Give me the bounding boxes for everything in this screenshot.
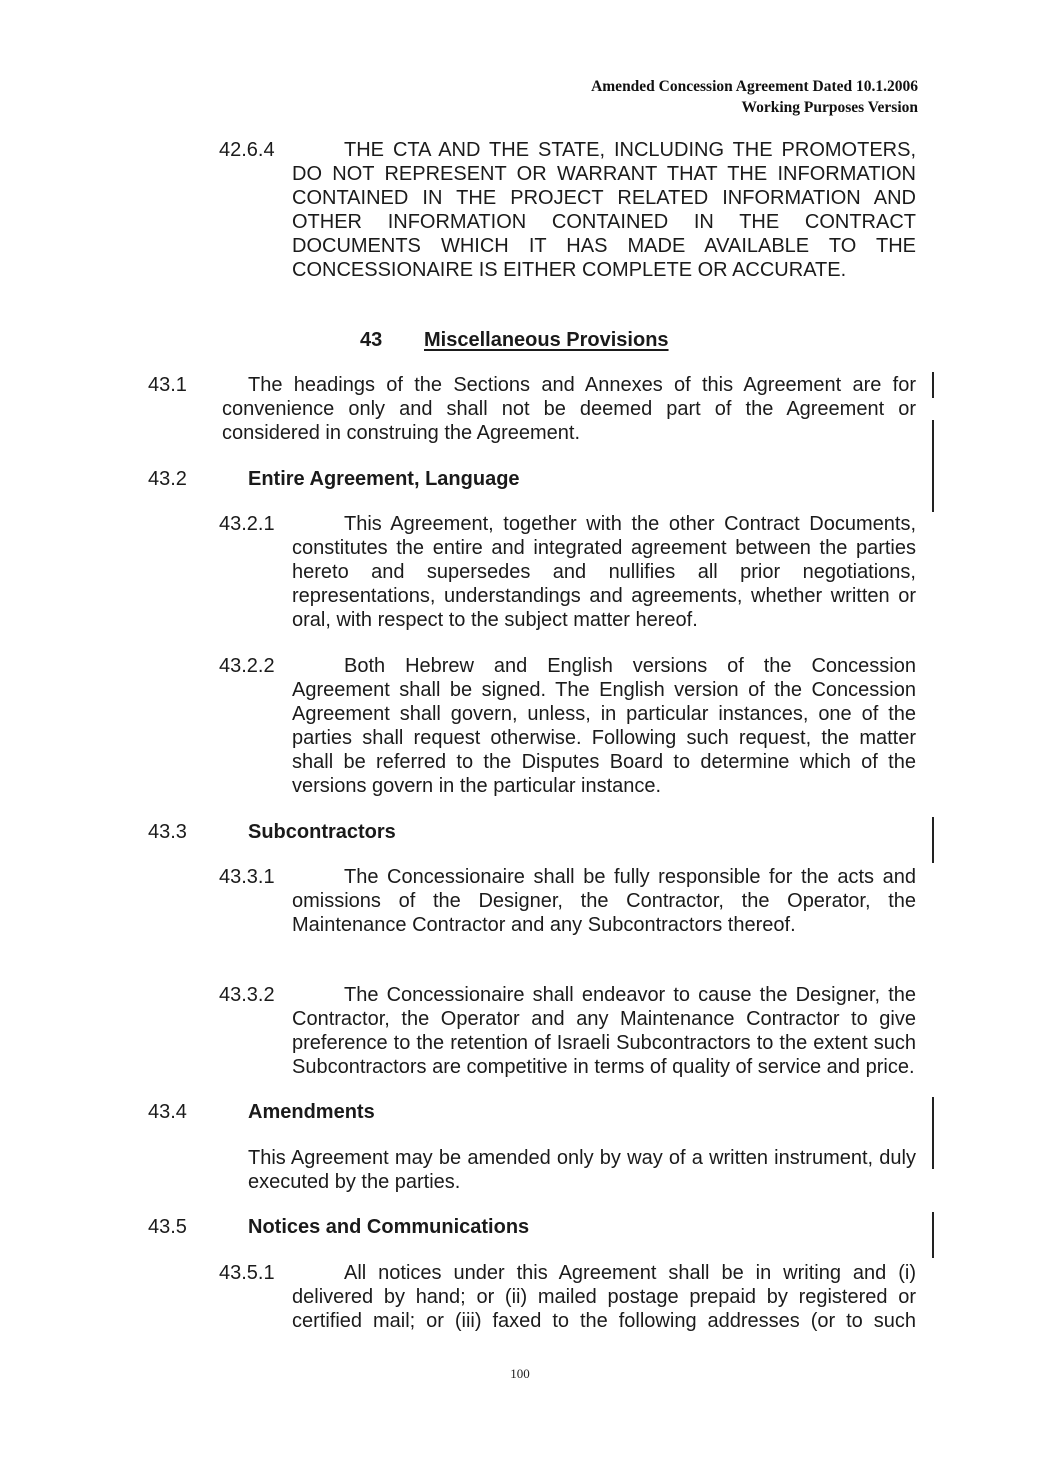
clause-43-2-1: This Agreement, together with the other … <box>292 512 916 632</box>
clause-43-5-1-text: All notices under this Agreement shall b… <box>292 1262 916 1332</box>
clause-43-5-1: All notices under this Agreement shall b… <box>292 1261 916 1333</box>
clause-number-43-5: 43.5 <box>148 1215 187 1239</box>
revision-change-bar <box>932 1212 934 1258</box>
clause-43-1-text: The headings of the Sections and Annexes… <box>222 374 916 444</box>
clause-43-3-2-text: The Concessionaire shall endeavor to cau… <box>292 984 916 1078</box>
clause-43-3-1-text: The Concessionaire shall be fully respon… <box>292 866 916 936</box>
clause-number-43-2: 43.2 <box>148 467 187 491</box>
clause-43-3-2: The Concessionaire shall endeavor to cau… <box>292 983 916 1079</box>
clause-42-6-4: THE CTA AND THE STATE, INCLUDING THE PRO… <box>292 138 916 282</box>
clause-title-43-4: Amendments <box>248 1100 375 1124</box>
clause-number-43-3: 43.3 <box>148 820 187 844</box>
revision-change-bar <box>932 817 934 863</box>
clause-43-1: The headings of the Sections and Annexes… <box>222 373 916 445</box>
clause-43-2-2: Both Hebrew and English versions of the … <box>292 654 916 798</box>
header-title: Amended Concession Agreement Dated 10.1.… <box>591 76 918 97</box>
section-number-43: 43 <box>360 328 382 352</box>
clause-number-43-2-1: 43.2.1 <box>219 512 275 536</box>
revision-change-bar <box>932 372 934 398</box>
clause-number-43-5-1: 43.5.1 <box>219 1261 275 1285</box>
section-title-43: Miscellaneous Provisions <box>424 328 669 352</box>
clause-title-43-5: Notices and Communications <box>248 1215 529 1239</box>
page-number: 100 <box>0 1366 1040 1382</box>
clause-43-2-2-text: Both Hebrew and English versions of the … <box>292 655 916 797</box>
revision-change-bar <box>932 420 934 512</box>
clause-title-43-3: Subcontractors <box>248 820 396 844</box>
document-page: Amended Concession Agreement Dated 10.1.… <box>0 0 1040 1471</box>
clause-number-42-6-4: 42.6.4 <box>219 138 275 162</box>
clause-number-43-2-2: 43.2.2 <box>219 654 275 678</box>
clause-number-43-1: 43.1 <box>148 373 187 397</box>
clause-43-4-text: This Agreement may be amended only by wa… <box>248 1146 916 1194</box>
revision-change-bar <box>932 1097 934 1169</box>
clause-number-43-3-2: 43.3.2 <box>219 983 275 1007</box>
clause-number-43-3-1: 43.3.1 <box>219 865 275 889</box>
clause-43-2-1-text: This Agreement, together with the other … <box>292 513 916 631</box>
header-version: Working Purposes Version <box>591 97 918 118</box>
clause-number-43-4: 43.4 <box>148 1100 187 1124</box>
clause-43-3-1: The Concessionaire shall be fully respon… <box>292 865 916 937</box>
clause-title-43-2: Entire Agreement, Language <box>248 467 520 491</box>
running-header: Amended Concession Agreement Dated 10.1.… <box>591 76 918 118</box>
clause-42-6-4-text: THE CTA AND THE STATE, INCLUDING THE PRO… <box>292 139 916 281</box>
